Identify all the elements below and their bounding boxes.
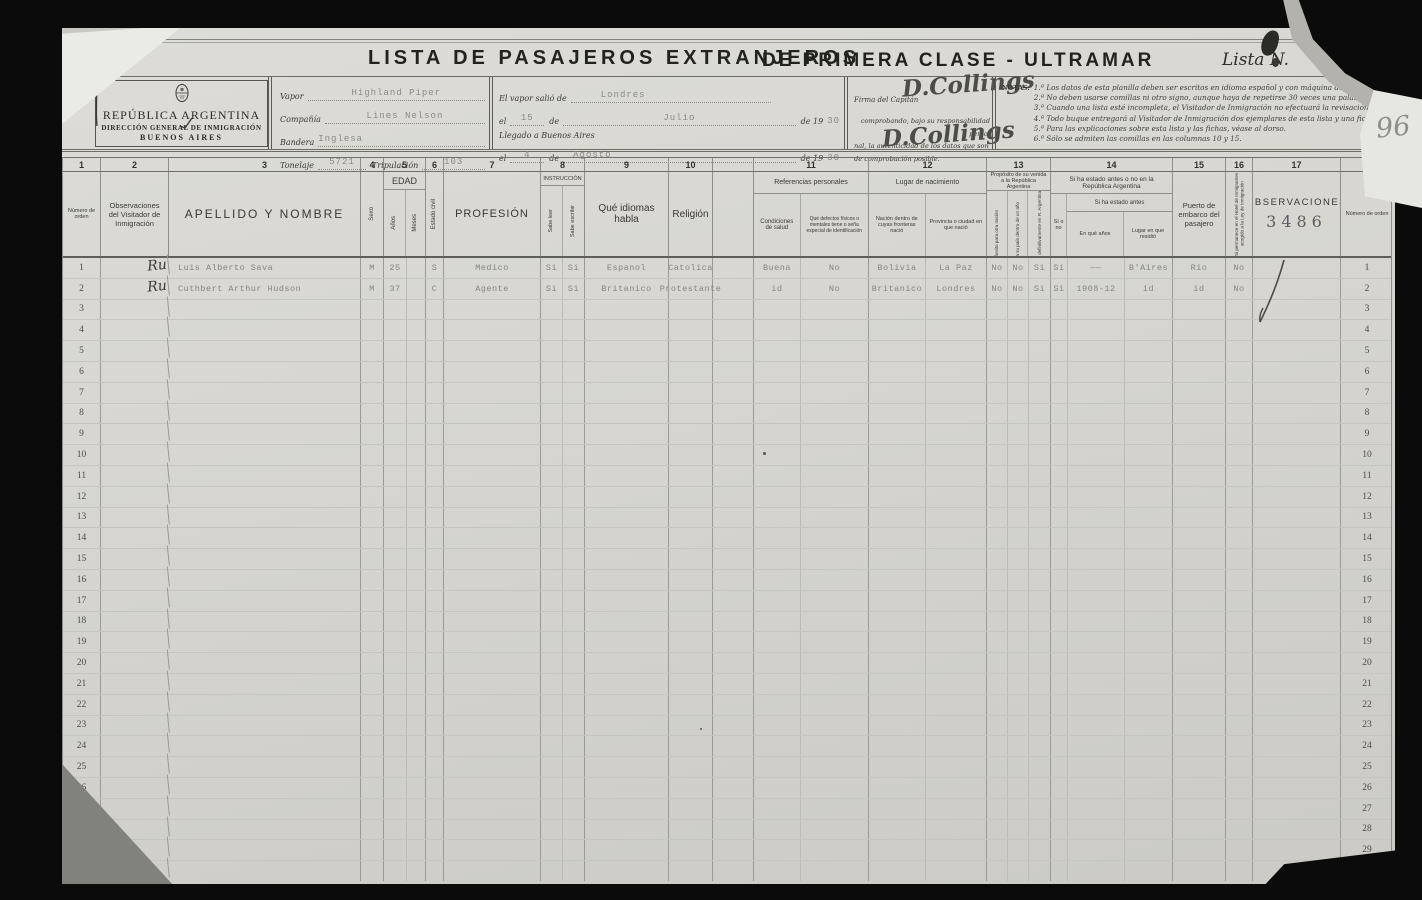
divider xyxy=(992,77,996,149)
estado-civil-cell xyxy=(426,820,444,840)
fold-spacer-cell xyxy=(713,466,754,486)
table-row: 66 xyxy=(63,362,1391,383)
observaciones-cell xyxy=(1253,757,1341,777)
edad-meses-cell xyxy=(407,549,426,569)
header-idiomas: Qué idiomas habla xyxy=(585,172,669,256)
salud-cell xyxy=(754,549,801,569)
transito-cell xyxy=(987,674,1008,694)
llegada-field: Llegado a Buenos Aires xyxy=(499,131,840,140)
edad-anos-cell xyxy=(384,487,407,507)
estado-civil-cell xyxy=(426,840,444,860)
observaciones-cell xyxy=(1253,570,1341,590)
name-cell xyxy=(169,487,361,507)
estado-civil-cell xyxy=(426,612,444,632)
lugar-residio-cell xyxy=(1125,549,1173,569)
table-row: 44 xyxy=(63,320,1391,341)
row-number-left: 6 xyxy=(63,362,101,382)
sabe-escribir-cell xyxy=(563,799,585,819)
en-que-anos-cell xyxy=(1068,612,1125,632)
puerto-cell xyxy=(1173,612,1226,632)
salud-cell xyxy=(754,383,801,403)
religion-cell xyxy=(669,341,713,361)
bandera-field: Bandera Inglesa xyxy=(280,128,485,147)
table-row: 77 xyxy=(63,383,1391,404)
row-number-right: 13 xyxy=(1341,508,1393,528)
hotel-cell xyxy=(1226,320,1253,340)
fold-spacer-cell xyxy=(713,487,754,507)
sabe-escribir-cell xyxy=(563,716,585,736)
observaciones-cell xyxy=(1253,716,1341,736)
defectos-cell xyxy=(801,549,869,569)
provincia-cell xyxy=(926,674,987,694)
fold-spacer-cell xyxy=(713,632,754,652)
salud-cell: Buena xyxy=(754,258,801,278)
col-number: 13 xyxy=(987,158,1051,171)
nacion-cell xyxy=(869,778,926,798)
row-number-left: 10 xyxy=(63,445,101,465)
profesion-cell xyxy=(444,300,541,320)
edad-meses-cell xyxy=(407,570,426,590)
en-que-anos-cell xyxy=(1068,653,1125,673)
divider xyxy=(844,77,848,149)
estado-civil-cell xyxy=(426,320,444,340)
col-number: 16 xyxy=(1226,158,1253,171)
estado-antes-cell: Si xyxy=(1051,258,1068,278)
col-number: 1 xyxy=(63,158,101,171)
defectos-cell: No xyxy=(801,279,869,299)
profesion-cell xyxy=(444,716,541,736)
estado-antes-cell xyxy=(1051,695,1068,715)
name-cell xyxy=(169,424,361,444)
name-cell: Cuthbert Arthur Hudson xyxy=(169,279,361,299)
provincia-cell xyxy=(926,341,987,361)
provincia-cell xyxy=(926,820,987,840)
edad-anos-cell xyxy=(384,861,407,881)
estado-antes-cell xyxy=(1051,778,1068,798)
puerto-cell xyxy=(1173,736,1226,756)
volver-cell xyxy=(1008,508,1029,528)
hotel-cell xyxy=(1226,528,1253,548)
edad-anos-cell xyxy=(384,424,407,444)
defectos-cell: No xyxy=(801,258,869,278)
profesion-cell xyxy=(444,591,541,611)
name-cell xyxy=(169,674,361,694)
fold-spacer-cell xyxy=(713,445,754,465)
observaciones-cell xyxy=(1253,736,1341,756)
volver-cell xyxy=(1008,528,1029,548)
sabe-leer-cell xyxy=(541,591,563,611)
header-meses: Meses xyxy=(406,190,425,256)
transito-cell xyxy=(987,404,1008,424)
salida-year: 30 xyxy=(827,116,840,126)
observaciones-cell xyxy=(1253,695,1341,715)
edad-anos-cell xyxy=(384,362,407,382)
establecerse-cell xyxy=(1029,653,1051,673)
name-cell xyxy=(169,820,361,840)
sabe-leer-cell xyxy=(541,632,563,652)
observaciones-cell xyxy=(1253,445,1341,465)
defectos-cell xyxy=(801,445,869,465)
provincia-cell xyxy=(926,528,987,548)
profesion-cell: Medico xyxy=(444,258,541,278)
sabe-escribir-cell xyxy=(563,632,585,652)
background-strip xyxy=(0,0,1422,28)
profesion-cell xyxy=(444,549,541,569)
estado-antes-cell xyxy=(1051,487,1068,507)
lugar-residio-cell xyxy=(1125,466,1173,486)
fold-spacer-cell xyxy=(713,716,754,736)
row-number-right: 27 xyxy=(1341,799,1393,819)
observaciones-cell xyxy=(1253,341,1341,361)
speck xyxy=(763,452,766,455)
sabe-leer-cell xyxy=(541,695,563,715)
edad-anos-cell xyxy=(384,549,407,569)
establecerse-cell xyxy=(1029,508,1051,528)
header-edad: EDAD xyxy=(384,172,425,190)
defectos-cell xyxy=(801,404,869,424)
table-row: 2323 xyxy=(63,716,1391,737)
row-number-right: 1 xyxy=(1341,258,1393,278)
estado-antes-cell xyxy=(1051,528,1068,548)
llegada-label: Llegado a Buenos Aires xyxy=(499,131,599,140)
nacion-cell xyxy=(869,820,926,840)
lugar-residio-cell xyxy=(1125,820,1173,840)
salud-cell xyxy=(754,716,801,736)
religion-cell xyxy=(669,695,713,715)
en-que-anos-cell xyxy=(1068,362,1125,382)
name-cell xyxy=(169,445,361,465)
handwritten-check-mark xyxy=(1257,256,1289,328)
notas-block: NOTAS: 1.ª Los datos de esta planilla de… xyxy=(1002,83,1338,144)
row-number-right: 19 xyxy=(1341,632,1393,652)
sexo-cell xyxy=(361,591,384,611)
edad-meses-cell xyxy=(407,341,426,361)
profesion-cell xyxy=(444,778,541,798)
en-que-anos-cell xyxy=(1068,404,1125,424)
estado-civil-cell xyxy=(426,383,444,403)
sexo-cell xyxy=(361,695,384,715)
background-strip xyxy=(0,884,1422,900)
sabe-escribir-cell xyxy=(563,653,585,673)
header-band: REPÚBLICA ARGENTINA DIRECCIÓN GENERAL DE… xyxy=(62,76,1395,152)
sabe-escribir-cell xyxy=(563,362,585,382)
lugar-residio-cell: B'Aires xyxy=(1125,258,1173,278)
religion-cell xyxy=(669,591,713,611)
observaciones-cell xyxy=(1253,404,1341,424)
estado-antes-cell xyxy=(1051,404,1068,424)
establecerse-cell xyxy=(1029,341,1051,361)
puerto-cell xyxy=(1173,383,1226,403)
edad-meses-cell xyxy=(407,861,426,881)
religion-cell xyxy=(669,424,713,444)
nacion-cell xyxy=(869,840,926,860)
religion-cell xyxy=(669,445,713,465)
puerto-cell xyxy=(1173,674,1226,694)
religion-cell xyxy=(669,300,713,320)
estado-antes-cell xyxy=(1051,341,1068,361)
nacion-cell xyxy=(869,487,926,507)
header-anos: Años xyxy=(384,190,406,256)
provincia-cell xyxy=(926,320,987,340)
puerto-cell xyxy=(1173,445,1226,465)
puerto-cell xyxy=(1173,820,1226,840)
religion-cell: Protestante xyxy=(669,279,713,299)
table-row: 1010 xyxy=(63,445,1391,466)
profesion-cell xyxy=(444,757,541,777)
sabe-leer-cell xyxy=(541,861,563,881)
edad-meses-cell xyxy=(407,716,426,736)
fold-spacer-cell xyxy=(713,404,754,424)
volver-cell xyxy=(1008,820,1029,840)
nacion-cell xyxy=(869,362,926,382)
religion-cell xyxy=(669,820,713,840)
defectos-cell xyxy=(801,778,869,798)
estado-antes-cell xyxy=(1051,320,1068,340)
sabe-leer-cell xyxy=(541,757,563,777)
profesion-cell xyxy=(444,508,541,528)
profesion-cell xyxy=(444,799,541,819)
hotel-cell xyxy=(1226,570,1253,590)
transito-cell xyxy=(987,508,1008,528)
volver-cell xyxy=(1008,341,1029,361)
en-que-anos-cell xyxy=(1068,632,1125,652)
sexo-cell xyxy=(361,674,384,694)
estado-civil-cell: S xyxy=(426,258,444,278)
name-cell xyxy=(169,591,361,611)
puerto-cell xyxy=(1173,632,1226,652)
en-que-anos-cell xyxy=(1068,591,1125,611)
name-cell xyxy=(169,612,361,632)
row-number-right: 6 xyxy=(1341,362,1393,382)
row-number-right: 7 xyxy=(1341,383,1393,403)
idiomas-cell xyxy=(585,736,669,756)
en-que-anos-cell xyxy=(1068,778,1125,798)
volver-cell xyxy=(1008,736,1029,756)
estado-civil-cell xyxy=(426,716,444,736)
idiomas-cell: Espanol xyxy=(585,258,669,278)
estado-civil-cell xyxy=(426,362,444,382)
transito-cell xyxy=(987,861,1008,881)
fold-spacer-cell xyxy=(713,612,754,632)
en-que-anos-cell xyxy=(1068,549,1125,569)
nacion-cell xyxy=(869,799,926,819)
establecerse-cell xyxy=(1029,612,1051,632)
nacion-cell xyxy=(869,508,926,528)
lugar-residio-cell xyxy=(1125,799,1173,819)
religion-cell xyxy=(669,632,713,652)
nacion-cell xyxy=(869,695,926,715)
estado-civil-cell xyxy=(426,591,444,611)
passenger-table: 1 2 3 4 5 6 7 8 9 10 11 12 13 14 15 16 1… xyxy=(62,157,1392,881)
fold-spacer-cell xyxy=(713,695,754,715)
hotel-cell xyxy=(1226,757,1253,777)
idiomas-cell xyxy=(585,341,669,361)
edad-anos-cell xyxy=(384,528,407,548)
vapor-field: Vapor Highland Piper xyxy=(280,82,485,101)
header-instruccion-group: INSTRUCCIÓN Sabe leer Sabe escribir xyxy=(541,172,585,256)
establecerse-cell xyxy=(1029,570,1051,590)
puerto-cell xyxy=(1173,778,1226,798)
hotel-cell xyxy=(1226,424,1253,444)
sexo-cell xyxy=(361,840,384,860)
puerto-cell xyxy=(1173,424,1226,444)
provincia-cell xyxy=(926,487,987,507)
profesion-cell xyxy=(444,362,541,382)
defectos-cell xyxy=(801,320,869,340)
en-que-anos-cell xyxy=(1068,570,1125,590)
hotel-cell xyxy=(1226,341,1253,361)
observaciones-cell xyxy=(1253,549,1341,569)
sabe-leer-cell xyxy=(541,612,563,632)
religion-cell xyxy=(669,487,713,507)
sabe-leer-cell xyxy=(541,424,563,444)
col-number: 12 xyxy=(869,158,987,171)
de-label: de xyxy=(544,117,563,126)
sabe-leer-cell xyxy=(541,508,563,528)
provincia-cell xyxy=(926,508,987,528)
sabe-leer-cell xyxy=(541,300,563,320)
religion-cell xyxy=(669,528,713,548)
estado-antes-cell xyxy=(1051,466,1068,486)
observaciones-title: OBSERVACIONES xyxy=(1253,197,1341,208)
sabe-escribir-cell xyxy=(563,383,585,403)
salida-label: El vapor salió de xyxy=(499,94,571,103)
row-number-left: 9 xyxy=(63,424,101,444)
nacion-cell xyxy=(869,570,926,590)
name-cell xyxy=(169,300,361,320)
sabe-escribir-cell xyxy=(563,466,585,486)
defectos-cell xyxy=(801,716,869,736)
lista-number-label: Lista N. xyxy=(1222,50,1289,70)
voyage-block: El vapor salió de Londres el 15 de Julio… xyxy=(499,77,840,149)
col-number: 8 xyxy=(541,158,585,171)
hotel-cell xyxy=(1226,383,1253,403)
row-number-right: 23 xyxy=(1341,716,1393,736)
salud-cell xyxy=(754,508,801,528)
en-que-anos-cell xyxy=(1068,799,1125,819)
profesion-cell xyxy=(444,404,541,424)
edad-anos-cell: 25 xyxy=(384,258,407,278)
observaciones-cell xyxy=(1253,528,1341,548)
row-number-right: 21 xyxy=(1341,674,1393,694)
edad-anos-cell xyxy=(384,300,407,320)
row-number-right: 22 xyxy=(1341,695,1393,715)
religion-cell xyxy=(669,840,713,860)
header-apellido-nombre: APELLIDO Y NOMBRE xyxy=(169,172,361,256)
puerto-cell xyxy=(1173,362,1226,382)
profesion-cell xyxy=(444,424,541,444)
puerto-cell xyxy=(1173,300,1226,320)
defectos-cell xyxy=(801,632,869,652)
establecerse-cell: Si xyxy=(1029,258,1051,278)
hotel-cell xyxy=(1226,362,1253,382)
row-number-right: 16 xyxy=(1341,570,1393,590)
idiomas-cell xyxy=(585,716,669,736)
volver-cell xyxy=(1008,404,1029,424)
salud-cell xyxy=(754,612,801,632)
en-que-anos-cell xyxy=(1068,695,1125,715)
hotel-cell xyxy=(1226,695,1253,715)
row-number-left: 4 xyxy=(63,320,101,340)
notas-label: NOTAS: xyxy=(1002,83,1030,144)
col-number: 11 xyxy=(754,158,869,171)
name-cell xyxy=(169,341,361,361)
fold-spacer-cell xyxy=(713,861,754,881)
transito-cell: No xyxy=(987,279,1008,299)
provincia-cell xyxy=(926,840,987,860)
establecerse-cell xyxy=(1029,320,1051,340)
nota-item: 4.ª Todo buque entregará al Visitador de… xyxy=(1034,114,1422,124)
row-number-right: 12 xyxy=(1341,487,1393,507)
fold-spacer-cell xyxy=(713,258,754,278)
establecerse-cell xyxy=(1029,840,1051,860)
puerto-cell xyxy=(1173,466,1226,486)
fold-spacer-cell xyxy=(713,341,754,361)
nacion-cell xyxy=(869,341,926,361)
sexo-cell xyxy=(361,778,384,798)
header-proposito-group: Propósito de su venida a la República Ar… xyxy=(987,172,1051,256)
religion-cell xyxy=(669,362,713,382)
sabe-leer-cell xyxy=(541,778,563,798)
establecerse-cell xyxy=(1029,861,1051,881)
header-puerto: Puerto de embarco del pasajero xyxy=(1173,172,1226,256)
lugar-residio-cell xyxy=(1125,341,1173,361)
salud-cell xyxy=(754,695,801,715)
puerto-cell xyxy=(1173,549,1226,569)
transito-cell xyxy=(987,778,1008,798)
en-que-anos-cell xyxy=(1068,736,1125,756)
provincia-cell xyxy=(926,591,987,611)
nacion-cell xyxy=(869,300,926,320)
name-cell xyxy=(169,528,361,548)
provincia-cell: Londres xyxy=(926,279,987,299)
profesion-cell xyxy=(444,487,541,507)
provincia-cell xyxy=(926,404,987,424)
salud-cell xyxy=(754,570,801,590)
row-number-right: 10 xyxy=(1341,445,1393,465)
fold-spacer-cell xyxy=(713,300,754,320)
estado-civil-cell xyxy=(426,487,444,507)
estado-antes-cell: Si xyxy=(1051,279,1068,299)
salud-cell: id xyxy=(754,279,801,299)
edad-anos-cell xyxy=(384,653,407,673)
defectos-cell xyxy=(801,591,869,611)
profesion-cell xyxy=(444,445,541,465)
edad-meses-cell xyxy=(407,778,426,798)
lugar-residio-cell xyxy=(1125,674,1173,694)
col-number: 14 xyxy=(1051,158,1173,171)
sabe-escribir-cell xyxy=(563,695,585,715)
profesion-cell xyxy=(444,320,541,340)
fold-spacer-cell xyxy=(713,591,754,611)
salida-field: El vapor salió de Londres xyxy=(499,84,840,103)
nacion-cell xyxy=(869,404,926,424)
sabe-leer-cell xyxy=(541,383,563,403)
lugar-residio-cell xyxy=(1125,757,1173,777)
table-row: 1212 xyxy=(63,487,1391,508)
sabe-leer-cell xyxy=(541,487,563,507)
edad-anos-cell xyxy=(384,778,407,798)
estado-antes-cell xyxy=(1051,424,1068,444)
estado-antes-cell xyxy=(1051,820,1068,840)
observaciones-cell xyxy=(1253,362,1341,382)
ship-info-block: Vapor Highland Piper Compañía Lines Nels… xyxy=(280,77,485,149)
lugar-residio-cell xyxy=(1125,300,1173,320)
sabe-escribir-cell xyxy=(563,570,585,590)
volver-cell: No xyxy=(1008,258,1029,278)
hotel-cell xyxy=(1226,861,1253,881)
estado-antes-cell xyxy=(1051,736,1068,756)
